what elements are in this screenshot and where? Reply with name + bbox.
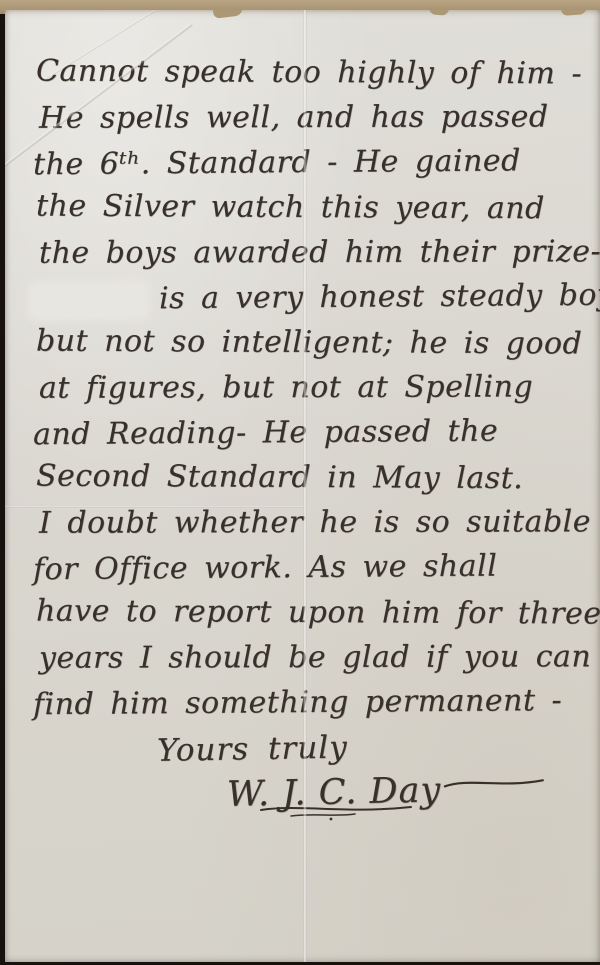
letter-line-redacted-name: is a very honest steady boy xyxy=(33,273,592,322)
letter-line: He spells well, and has passed xyxy=(39,94,592,140)
scanned-letter: Cannot speak too highly of him - He spel… xyxy=(0,0,600,965)
signature-flourish-icon xyxy=(443,771,547,795)
letter-line: and Reading- He passed the xyxy=(33,408,592,457)
letter-line-text: is a very honest steady boy xyxy=(159,278,600,317)
letter-body: Cannot speak too highly of him - He spel… xyxy=(5,10,600,725)
letter-line: at figures, but not at Spelling xyxy=(39,364,592,410)
redacted-name-patch xyxy=(33,285,145,316)
letter-line: the Silver watch this year, and xyxy=(36,184,592,232)
letter-page: Cannot speak too highly of him - He spel… xyxy=(5,10,600,962)
letter-line: have to report upon him for three xyxy=(36,589,592,637)
closing-line: Yours truly xyxy=(157,725,600,769)
letter-line: find him something permanent - xyxy=(33,678,592,727)
letter-line: years I should be glad if you can xyxy=(39,634,592,680)
letter-line: but not so intelligent; he is good xyxy=(36,319,592,367)
signature-name: W. J. C. Day xyxy=(227,770,442,814)
letter-line: for Office work. As we shall xyxy=(33,543,592,592)
letter-line: Cannot speak too highly of him - xyxy=(36,49,592,97)
letter-line: I doubt whether he is so suitable xyxy=(39,499,592,545)
letter-line: the 6ᵗʰ. Standard - He gained xyxy=(33,138,592,187)
letter-line: the boys awarded him their prize- xyxy=(39,229,592,275)
signature: W. J. C. Day xyxy=(227,767,600,815)
letter-line: Second Standard in May last. xyxy=(36,454,592,502)
